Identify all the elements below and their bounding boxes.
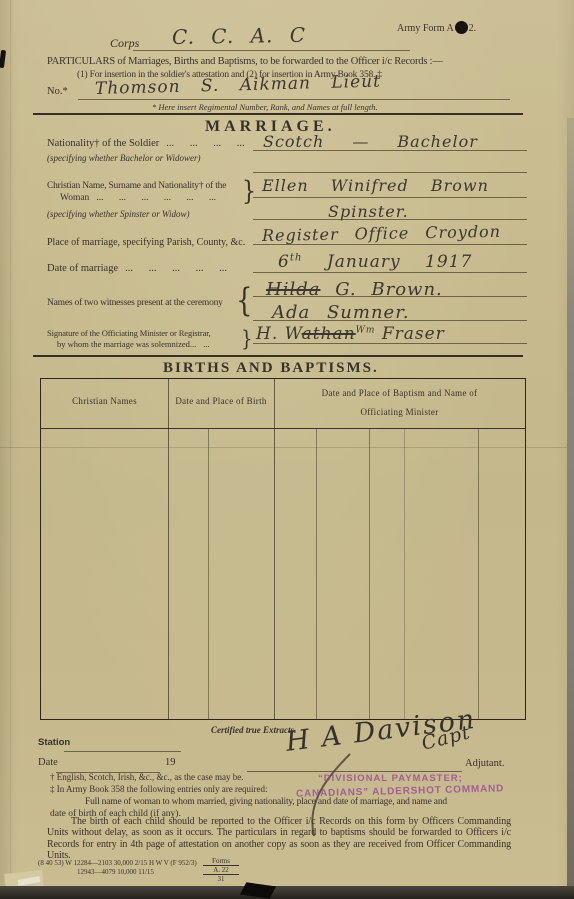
place-label: Place of marriage, specifying Parish, Co… <box>47 237 245 248</box>
date-ordinal: th <box>290 252 303 263</box>
table-header-separator <box>41 428 525 429</box>
registrar-signature-value: H. WathanWm Fraser <box>256 324 445 344</box>
ruled-line <box>253 172 527 173</box>
column-header-baptism-line1: Date and Place of Baptism and Name of <box>274 388 525 398</box>
woman-note: (specifying whether Spinster or Widow) <box>47 209 189 219</box>
witnesses-label: Names of two witnesses present at the ce… <box>47 298 223 308</box>
birth-report-paragraph: The birth of each child should be report… <box>47 816 511 861</box>
forms-page: 31 <box>203 875 239 883</box>
footnote-dagger: † English, Scotch, Irish, &c., &c., as t… <box>50 772 243 782</box>
number-label: No.* <box>47 86 68 97</box>
forms-block: Forms A. 22 31 <box>203 857 239 883</box>
registrar-sig-superscript: Wm <box>356 325 376 335</box>
footnote-required-line1: Full name of woman to whom married, givi… <box>85 797 447 807</box>
table-subcolumn-line <box>369 428 370 719</box>
woman-name-value: Ellen Winifred Brown <box>262 176 489 195</box>
army-form-page: Army Form A2. Corps C. C. A. C PARTICULA… <box>0 0 574 899</box>
ruled-line <box>253 244 527 245</box>
year-prefix: 19 <box>165 757 176 768</box>
ruled-line <box>253 150 527 151</box>
woman-label-word: Woman <box>60 193 89 203</box>
table-subcolumn-line <box>478 428 479 719</box>
woman-brace: } <box>242 177 256 207</box>
date-day: 6 <box>278 252 290 272</box>
ruled-line <box>253 219 527 220</box>
forms-number: A. 22 <box>203 866 239 875</box>
date-of-marriage-value: 6th January 1917 <box>278 252 472 272</box>
column-header-birth: Date and Place of Birth <box>168 396 274 406</box>
registrar-dots: ... <box>203 339 209 349</box>
nationality-note: (specifying whether Bachelor or Widower) <box>47 153 200 163</box>
print-code-line2: 12943—4079 10,000 11/15 <box>77 868 154 876</box>
bottom-scan-edge <box>0 886 574 899</box>
date-dots: ... ... ... ... ... <box>125 263 227 274</box>
print-code-line1: (8 40 53) W 12284—2103 30,000 2/15 H W V… <box>38 859 197 867</box>
table-column-divider <box>168 379 169 719</box>
births-title: BIRTHS AND BAPTISMS. <box>163 360 379 377</box>
ruled-line <box>253 197 527 198</box>
registrar-label-line2: by whom the marriage was solemnized.....… <box>57 339 210 349</box>
section-rule-middle <box>33 355 523 357</box>
woman-label-line2: Woman... ... ... ... ... ... <box>60 193 216 203</box>
corps-underline <box>133 50 410 51</box>
date-rest: January 1917 <box>302 252 472 272</box>
footer-date-label: Date <box>38 757 58 768</box>
registrar-sig-pre: H. W <box>256 324 302 344</box>
station-label: Station <box>38 737 70 748</box>
table-subcolumn-line <box>208 428 209 719</box>
registrar-sig-struck: athan <box>302 324 356 344</box>
woman-dots: ... ... ... ... ... ... <box>96 193 216 203</box>
date-of-marriage-label: Date of marriage... ... ... ... ... <box>47 263 227 274</box>
footnote-double-dagger: ‡ In Army Book 358 the following entries… <box>50 784 267 794</box>
ruled-line <box>253 320 527 321</box>
section-rule-top <box>33 113 523 115</box>
place-value: Register Office Croydon <box>262 222 501 245</box>
paper-crease-vertical <box>10 0 11 899</box>
table-column-divider <box>274 379 275 719</box>
form-number-suffix: 2. <box>469 23 477 34</box>
insert-footnote: * Here insert Regimental Number, Rank, a… <box>152 102 378 112</box>
witnesses-brace: { <box>236 282 253 320</box>
form-number-prefix: Army Form A <box>397 23 454 34</box>
registrar-brace: } <box>241 327 252 352</box>
table-subcolumn-line <box>404 428 405 719</box>
paper-crease-horizontal <box>0 447 574 448</box>
station-underline <box>64 751 181 752</box>
forms-label: Forms <box>203 857 239 866</box>
nationality-value: Scotch — Bachelor <box>263 132 478 151</box>
nationality-label-text: Nationality† of the Soldier <box>47 138 159 149</box>
ruled-line <box>253 296 527 297</box>
registrar-label-text: by whom the marriage was solemnized... <box>57 339 196 349</box>
nationality-dots: ... ... ... ... <box>166 138 244 149</box>
number-underline <box>78 99 510 100</box>
registrar-sig-post: Fraser <box>375 324 444 344</box>
adjutant-label: Adjutant. <box>465 758 504 769</box>
corps-value: C. C. A. C <box>172 23 306 49</box>
ruled-line <box>253 343 527 344</box>
ink-blot-icon <box>455 21 468 34</box>
column-header-baptism-line2: Officiating Minister <box>274 407 525 417</box>
stamp-line1: “DIVISIONAL PAYMASTER; <box>318 773 463 784</box>
left-edge-ink-mark <box>0 50 6 68</box>
ruled-line <box>253 272 527 273</box>
woman-label-line1: Christian Name, Surname and Nationality†… <box>47 181 226 191</box>
particulars-line1: PARTICULARS of Marriages, Births and Bap… <box>47 56 443 67</box>
nationality-label: Nationality† of the Soldier... ... ... .… <box>47 138 245 149</box>
table-subcolumn-line <box>316 428 317 719</box>
right-scan-edge <box>567 118 574 899</box>
date-label-text: Date of marriage <box>47 263 118 274</box>
form-number: Army Form A2. <box>397 21 476 34</box>
births-table: Christian Names Date and Place of Birth … <box>40 378 526 720</box>
registrar-label-line1: Signature of the Officiating Minister or… <box>47 328 211 338</box>
column-header-christian-names: Christian Names <box>41 396 168 406</box>
corps-label: Corps <box>110 36 139 51</box>
